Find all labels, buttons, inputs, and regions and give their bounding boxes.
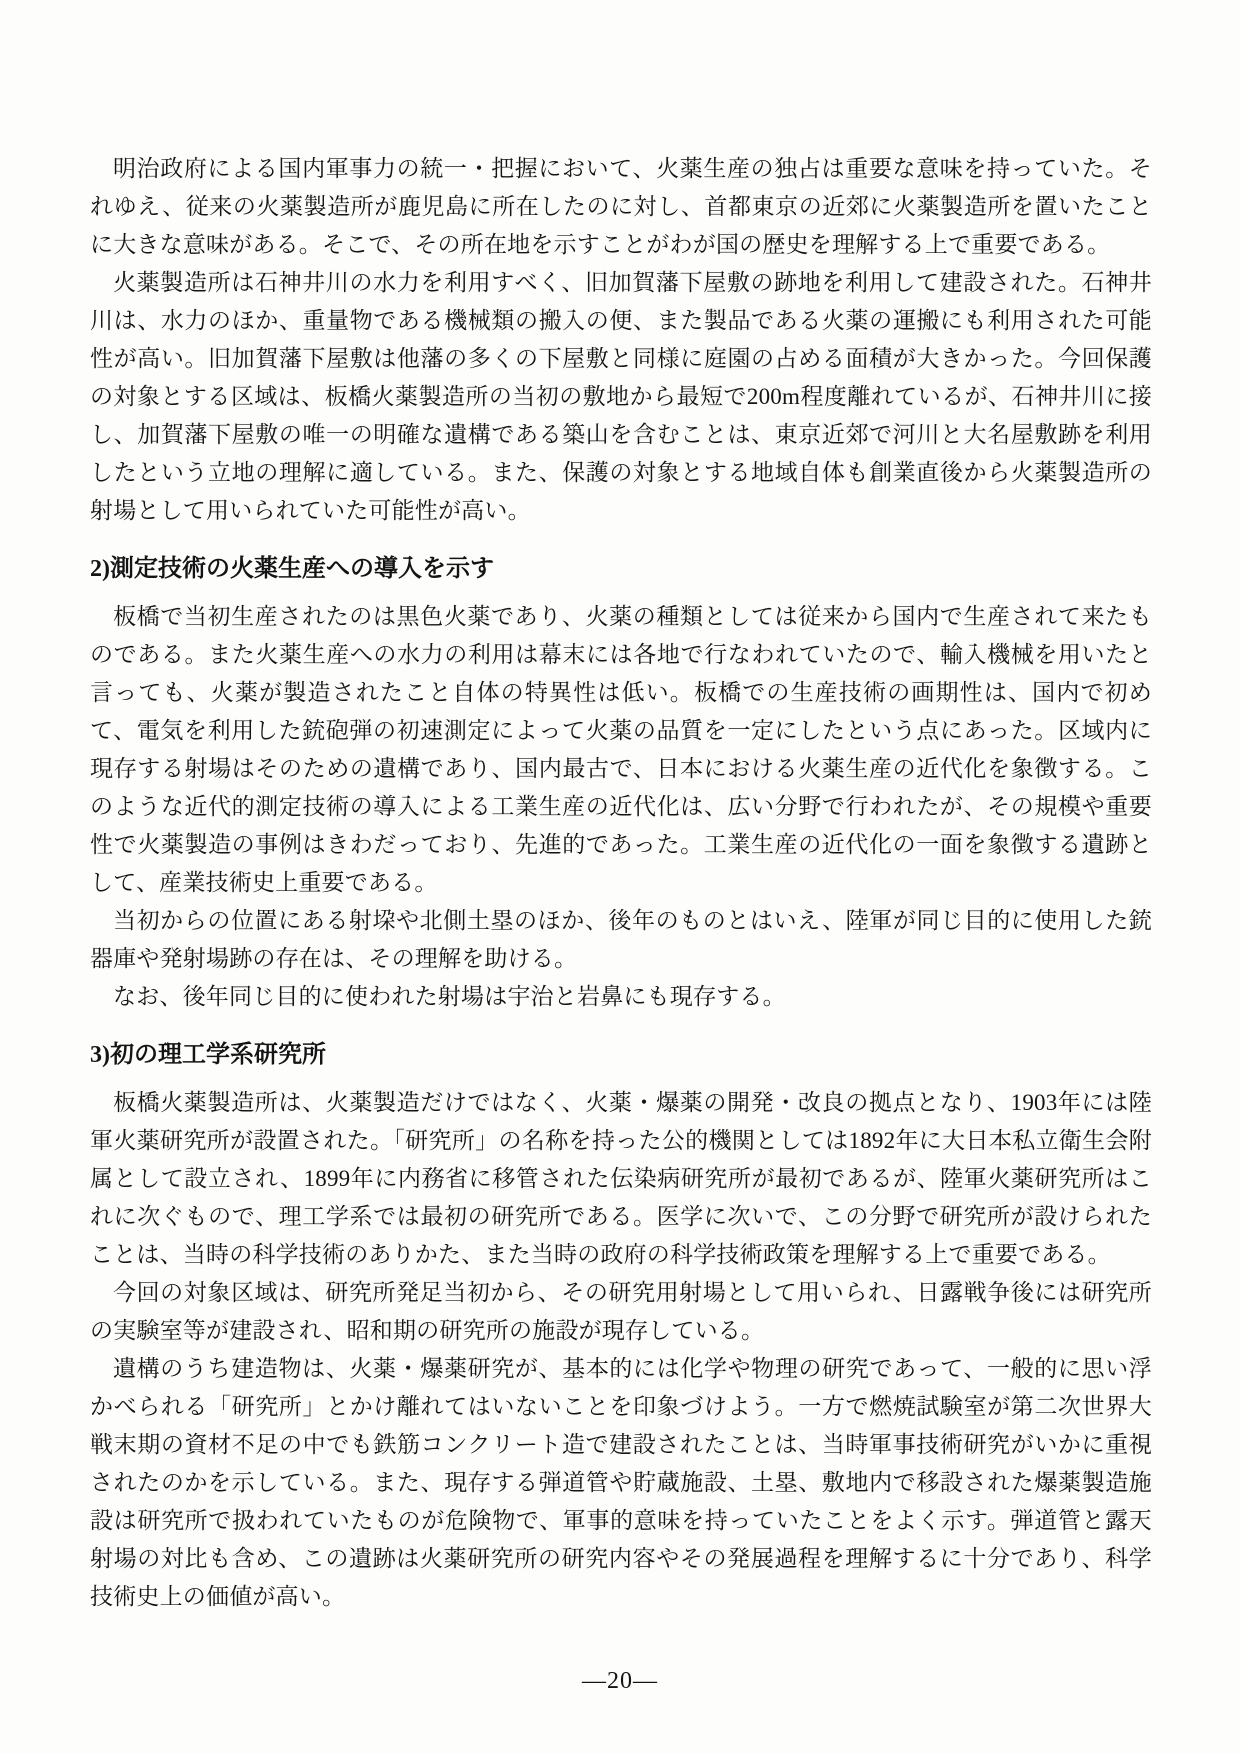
paragraph: 遺構のうち建造物は、火薬・爆薬研究が、基本的には化学や物理の研究であって、一般的…	[90, 1350, 1152, 1616]
paragraph: なお、後年同じ目的に使われた射場は宇治と岩鼻にも現存する。	[90, 978, 1152, 1016]
section-heading-first-science-institute: 3)初の理工学系研究所	[90, 1038, 1152, 1072]
paragraph: 板橋で当初生産されたのは黒色火薬であり、火薬の種類としては従来から国内で生産され…	[90, 598, 1152, 902]
document-page: 明治政府による国内軍事力の統一・把握において、火薬生産の独占は重要な意味を持って…	[0, 0, 1240, 1754]
paragraph: 板橋火薬製造所は、火薬製造だけではなく、火薬・爆薬の開発・改良の拠点となり、19…	[90, 1084, 1152, 1274]
paragraph: 当初からの位置にある射垜や北側土塁のほか、後年のものとはいえ、陸軍が同じ目的に使…	[90, 902, 1152, 978]
paragraph: 今回の対象区域は、研究所発足当初から、その研究用射場として用いられ、日露戦争後に…	[90, 1274, 1152, 1350]
section-heading-measurement-technology: 2)測定技術の火薬生産への導入を示す	[90, 552, 1152, 586]
page-number: —20—	[0, 1668, 1240, 1695]
document-body: 明治政府による国内軍事力の統一・把握において、火薬生産の独占は重要な意味を持って…	[90, 150, 1152, 1616]
paragraph: 明治政府による国内軍事力の統一・把握において、火薬生産の独占は重要な意味を持って…	[90, 150, 1152, 264]
paragraph: 火薬製造所は石神井川の水力を利用すべく、旧加賀藩下屋敷の跡地を利用して建設された…	[90, 264, 1152, 530]
